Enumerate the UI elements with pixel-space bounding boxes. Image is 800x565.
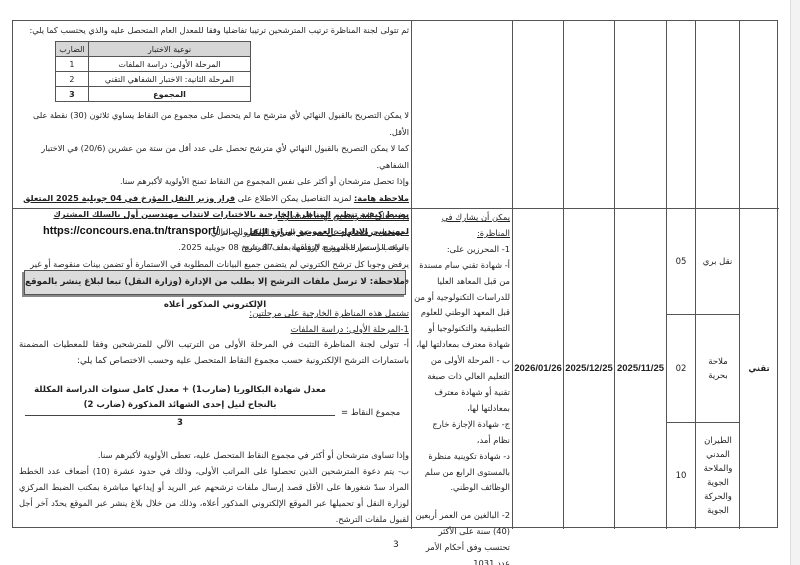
coef-header-coefficient: الضارب	[56, 42, 89, 57]
phase1-followup: وإذا تساوى مترشحان أو أكثر في مجموع النق…	[19, 447, 409, 527]
coef-cell: المرحلة الأولى: دراسة الملفات	[88, 57, 250, 72]
eligibility-item-b: ب - المرحلة الأولى من التعليم العالي ذات…	[414, 353, 510, 417]
eligibility-item-1: 1- المحرزين على:	[414, 242, 510, 258]
formula-fraction-bar	[25, 415, 335, 416]
phase1-ranking-text: أ- تتولى لجنة المناظرة التثبت في المرحلة…	[19, 338, 409, 369]
tie-rule-phase1: وإذا تساوى مترشحان أو أكثر في مجموع النق…	[19, 447, 409, 463]
oral-min-rule: كما لا يمكن التصريح بالقبول النهائي لأي …	[19, 140, 409, 173]
page-number: 3	[393, 540, 399, 550]
specialty-name: ملاحة بحرية	[698, 315, 738, 422]
recruitment-table: ثم تتولى لجنة المناظرة ترتيب المترشحين ت…	[12, 20, 778, 528]
registration-open-date: 2025/11/25	[615, 209, 666, 529]
phases-title: تشتمل هذه المناظرة الخارجية على مرحلتين:	[19, 307, 409, 323]
coef-cell: المرحلة الثانية: الاختبار الشفاهي التقني	[88, 72, 250, 87]
phase1-title: 1-المرحلة الأولى: دراسة الملفات	[19, 323, 409, 339]
specialty-name: الطيران المدني والملاحة الجوية والحركة ا…	[699, 423, 737, 529]
specialty-count: 10	[667, 423, 695, 529]
registration-close-date: 2025/12/25	[564, 209, 614, 529]
coef-total-value: 3	[56, 87, 89, 102]
eligibility-cell: يمكن أن يشارك في المناظرة: 1- المحرزين ع…	[414, 210, 510, 565]
coef-total-label: المجموع	[88, 87, 250, 102]
formula-denominator: 3	[25, 418, 335, 428]
page-scrollbar-edge[interactable]	[790, 0, 800, 565]
column-divider	[411, 21, 412, 529]
category: تقني	[740, 209, 778, 529]
eligibility-item-d: د- شهادة تكوينية منظرة بالمستوى الرابع م…	[414, 449, 510, 497]
submission-note-box: ملاحظة: لا ترسل ملفات الترشح إلا بطلب من…	[24, 270, 406, 295]
instruction-download-form: - سحب استمارة الترشح لإرفاقها بملف الترش…	[19, 241, 409, 257]
eligibility-title: يمكن أن يشارك في المناظرة:	[414, 210, 510, 242]
specialty-count: 02	[667, 315, 695, 422]
specialty-count: 05	[667, 209, 695, 314]
important-note-text: لمزيد التفاصيل يمكن الاطلاع على	[235, 193, 354, 203]
registration-url-link[interactable]: https://concours.ena.tn/transport/	[43, 225, 219, 237]
important-note-label: ملاحظة هامة:	[354, 193, 409, 203]
coef-cell: 2	[56, 72, 89, 87]
ranking-intro: ثم تتولى لجنة المناظرة ترتيب المترشحين ت…	[19, 23, 409, 39]
specialty-name: نقل بري	[696, 209, 739, 314]
tie-rule: وإذا تحصل مترشحان أو أكثر على نفس المجمو…	[19, 173, 409, 190]
coef-header-test-type: نوعية الاختبار	[88, 42, 250, 57]
coefficient-table: نوعية الاختبار الضارب المرحلة الأولى: در…	[55, 41, 251, 102]
eligibility-item-c: ج- شهادة الإجازة خارج نظام أمد،	[414, 417, 510, 449]
phases-cell: تشتمل هذه المناظرة الخارجية على مرحلتين:…	[19, 307, 409, 369]
eligibility-item-2: 2- البالغين من العمر أربعين (40) سنة على…	[414, 508, 510, 565]
min-score-rule: لا يمكن التصريح بالقبول النهائي لأي مترش…	[19, 107, 409, 140]
phase1-invitation-text: ب- يتم دعوة المترشحين الذين تحصلوا على ا…	[19, 463, 409, 527]
coef-cell: 1	[56, 57, 89, 72]
document-page: ثم تتولى لجنة المناظرة ترتيب المترشحين ت…	[0, 0, 800, 565]
eligibility-item-a: أ- شهادة تقني سام مسندة من قبل المعاهد ا…	[414, 258, 510, 353]
instructions-title: يجب على المترشحين لهذه المناظرة:	[19, 210, 409, 226]
formula-label: مجموع النقاط =	[341, 408, 400, 418]
exam-date: 2026/01/26	[513, 209, 563, 529]
formula-numerator: معدل شهادة البكالوريا (ضارب1) + معدل كام…	[25, 383, 335, 413]
